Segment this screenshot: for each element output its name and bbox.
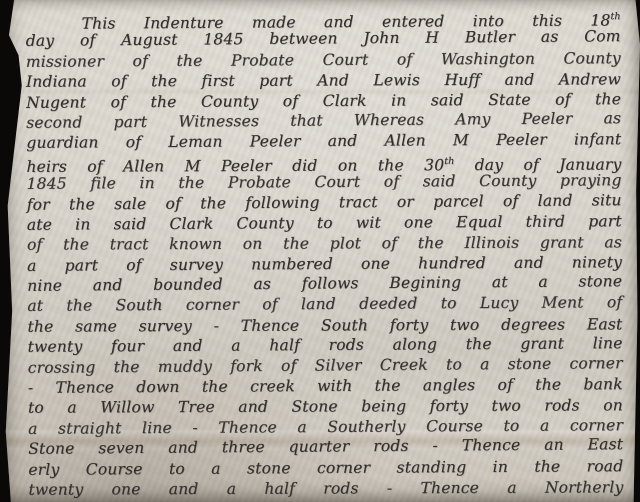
- manuscript-line: of the tract known on the plot of the Il…: [27, 233, 622, 256]
- manuscript-line: heirs of Allen M Peeler did on the 30th …: [26, 151, 621, 174]
- manuscript-line: to a Willow Tree and Stone being forty t…: [28, 396, 623, 419]
- manuscript-text: This Indenture made and entered into thi…: [26, 7, 624, 500]
- manuscript-line: erly Course to a stone corner standing i…: [28, 456, 623, 480]
- manuscript-line: for the sale of the following tract or p…: [27, 190, 622, 215]
- manuscript-line: at the South corner of land deeded to Lu…: [27, 293, 622, 317]
- manuscript-line: ate in said Clark County to wit one Equa…: [27, 211, 622, 235]
- manuscript-line: guardian of Leman Peeler and Allen M Pee…: [26, 130, 621, 154]
- manuscript-line: twenty one and a half rods - Thence a No…: [28, 477, 623, 500]
- manuscript-line: crossing the muddy fork of Silver Creek …: [28, 353, 623, 378]
- manuscript-line: missioner of the Probate Court of Washin…: [26, 48, 621, 72]
- manuscript-line: - Thence down the creek with the angles …: [28, 374, 623, 398]
- manuscript-paper: This Indenture made and entered into thi…: [0, 0, 640, 502]
- manuscript-line: Indiana of the first part And Lewis Huff…: [26, 69, 621, 92]
- manuscript-line: the same survey - Thence South forty two…: [27, 314, 622, 337]
- photograph-backdrop: This Indenture made and entered into thi…: [0, 0, 640, 502]
